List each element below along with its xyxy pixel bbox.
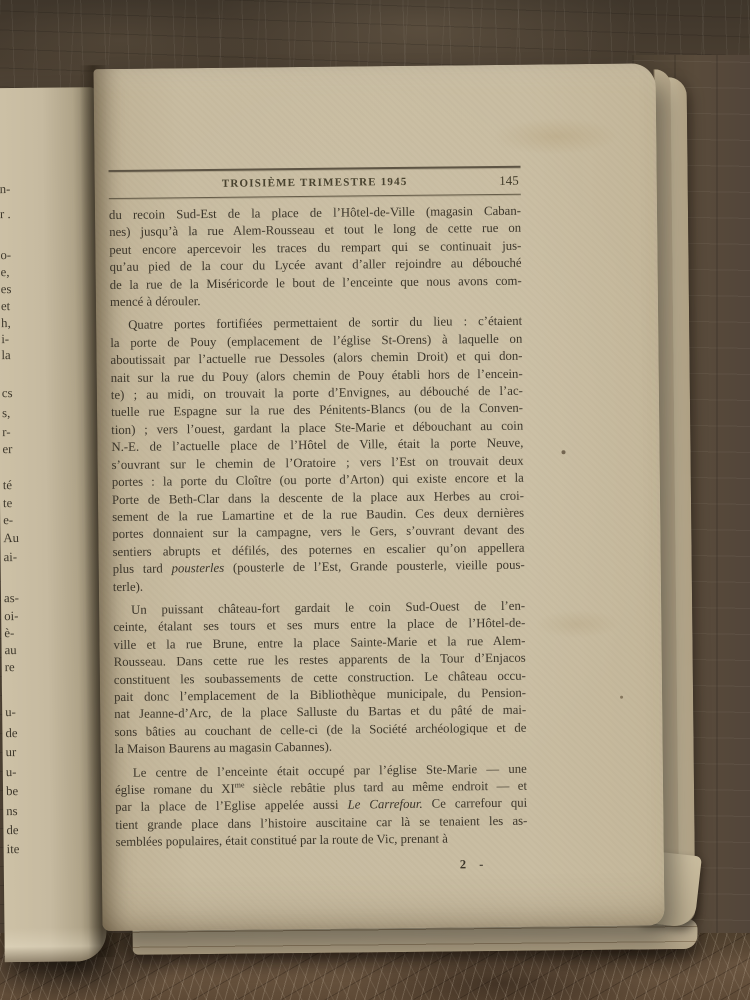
edge-text-fragment: es [1,282,12,297]
page-body: du recoin Sud-Est de la place de l’Hôtel… [109,203,528,877]
running-header-title: TROISIÈME TRIMESTRE 1945 [109,175,521,191]
paragraph: du recoin Sud-Est de la place de l’Hôtel… [109,203,522,312]
edge-text-fragment: u- [5,705,16,720]
edge-text-fragment: i- [1,332,9,347]
paragraph: Un puissant château-fort gardait le coin… [113,598,527,759]
photo-scene: TROISIÈME TRIMESTRE 1945 145 du recoin S… [0,0,750,1000]
edge-text-fragment: ite [7,842,20,857]
edge-text-fragment: de [6,823,18,838]
text-line: mencé à dérouler. [110,290,522,312]
edge-text-fragment: té [3,478,12,493]
edge-text-fragment: Au [3,531,19,546]
header-row: TROISIÈME TRIMESTRE 1945 145 [109,168,521,198]
edge-text-fragment: er [2,442,12,457]
edge-text-fragment: as- [4,591,19,606]
page-number: 145 [499,173,519,189]
book-page: TROISIÈME TRIMESTRE 1945 145 du recoin S… [93,63,664,931]
edge-text-fragment: s, [2,406,10,421]
signature-mark: 2 - [116,855,528,877]
edge-text-fragment: re [5,660,15,675]
text-line: la Maison Baurens au magasin Cabannes). [115,737,527,759]
edge-text-fragment: u- [6,765,17,780]
edge-text-fragment: r . [0,207,11,222]
edge-text-fragment: e, [1,265,10,280]
edge-text-fragment: cs [2,386,13,401]
edge-text-fragment: ur [6,745,17,760]
edge-text-fragment: e- [3,513,13,528]
edge-text-fragment: è- [4,626,14,641]
edge-text-fragment: te [3,496,12,511]
edge-text-fragment: r- [2,425,10,440]
text-line: semblées populaires, était constitué par… [115,830,527,852]
edge-text-fragment: n- [0,182,10,197]
edge-text-fragment: ai- [4,550,18,565]
edge-text-fragment: be [6,784,18,799]
edge-text-fragment: h, [1,316,11,331]
paper-stain [561,450,565,454]
edge-text-fragment: au [4,643,16,658]
open-book: TROISIÈME TRIMESTRE 1945 145 du recoin S… [0,0,750,1000]
paragraph: Quatre portes fortifiées permettaient de… [110,313,525,596]
edge-text-fragment: ns [6,804,18,819]
page-header: TROISIÈME TRIMESTRE 1945 145 [109,166,521,199]
edge-text-fragment: o- [0,248,11,263]
edge-text-fragment: de [5,726,17,741]
edge-text-fragment: oi- [4,609,18,624]
paragraph: Le centre de l’enceinte était occupé par… [115,760,528,851]
edge-text-fragment: et [1,299,10,314]
edge-text-fragment: la [1,348,10,363]
paper-stain [620,696,623,699]
